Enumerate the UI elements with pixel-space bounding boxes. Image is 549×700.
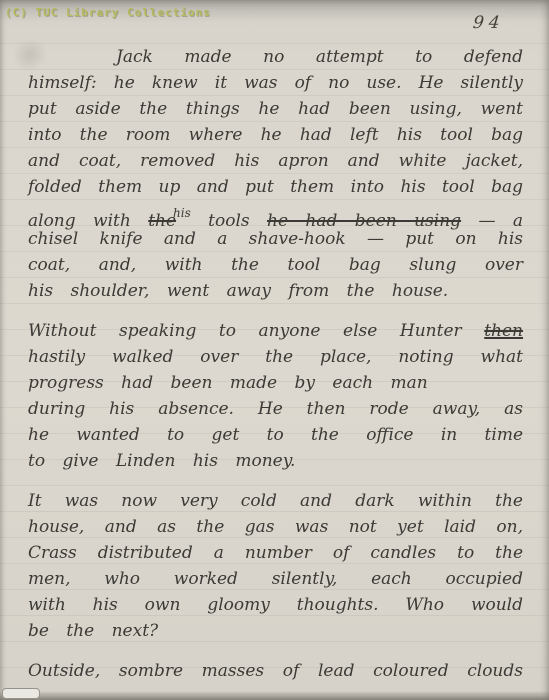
manuscript-page: (C) TUC Library Collections 94 Jack made… xyxy=(0,0,549,700)
page-number: 94 xyxy=(472,13,506,33)
manuscript-line: Outside, sombre masses of lead coloured … xyxy=(28,658,523,684)
scan-bottom-edge xyxy=(0,691,549,700)
manuscript-line: into the room where he had left his tool… xyxy=(28,122,523,148)
watermark: (C) TUC Library Collections xyxy=(5,6,211,19)
paragraph-4: Outside, sombre masses of lead coloured … xyxy=(28,658,523,684)
manuscript-line: coat, and, with the tool bag slung over xyxy=(28,252,523,278)
manuscript-line: himself: he knew it was of no use. He si… xyxy=(28,70,523,96)
manuscript-line: he wanted to get to the office in time xyxy=(28,422,523,448)
manuscript-line: Jack made no attempt to defend xyxy=(28,44,523,70)
manuscript-line: men, who worked silently, each occupied xyxy=(28,566,523,592)
manuscript-line: be the next? xyxy=(28,618,523,644)
scan-corner-artifact xyxy=(2,688,40,699)
manuscript-line: progress had been made by each man xyxy=(28,370,523,396)
manuscript-line-with-corrections: Without speaking to anyone else Hunter t… xyxy=(28,318,523,344)
manuscript-line: put aside the things he had been using, … xyxy=(28,96,523,122)
inserted-word: his xyxy=(173,206,191,220)
paragraph-2: Without speaking to anyone else Hunter t… xyxy=(28,318,523,474)
manuscript-line: It was now very cold and dark within the xyxy=(28,488,523,514)
paragraph-3: It was now very cold and dark within the… xyxy=(28,488,523,644)
struck-word: then xyxy=(484,321,523,341)
manuscript-line: Crass distributed a number of candles to… xyxy=(28,540,523,566)
manuscript-line: his shoulder, went away from the house. xyxy=(28,278,523,304)
manuscript-text: Jack made no attempt to defend himself: … xyxy=(28,44,523,684)
manuscript-line: to give Linden his money. xyxy=(28,448,523,474)
manuscript-line: folded them up and put them into his too… xyxy=(28,174,523,200)
line-segment: Without speaking to anyone else Hunter xyxy=(28,321,462,341)
manuscript-line: and coat, removed his apron and white ja… xyxy=(28,148,523,174)
manuscript-line-with-corrections: along with thehis tools he had been usin… xyxy=(28,200,523,226)
manuscript-line: chisel knife and a shave-hook — put on h… xyxy=(28,226,523,252)
manuscript-line: house, and as the gas was not yet laid o… xyxy=(28,514,523,540)
paragraph-1: Jack made no attempt to defend himself: … xyxy=(28,44,523,304)
manuscript-line: hastily walked over the place, noting wh… xyxy=(28,344,523,370)
manuscript-line: with his own gloomy thoughts. Who would xyxy=(28,592,523,618)
manuscript-line: during his absence. He then rode away, a… xyxy=(28,396,523,422)
